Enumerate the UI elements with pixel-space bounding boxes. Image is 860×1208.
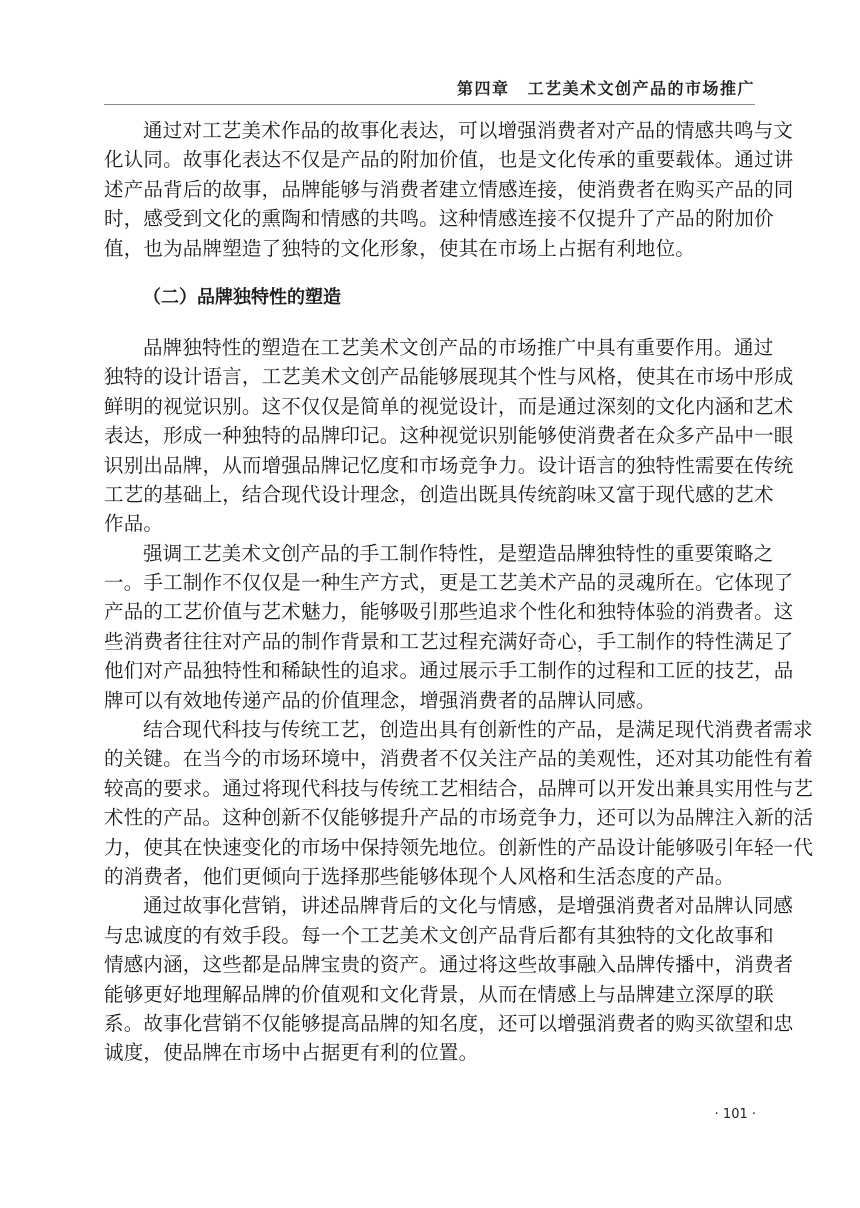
text-line: 与忠诚度的有效手段。每一个工艺美术文创产品背后都有其独特的文化故事和 bbox=[104, 921, 756, 950]
text-line: 表达，形成一种独特的品牌印记。这种视觉识别能够使消费者在众多产品中一眼 bbox=[104, 421, 756, 450]
text-line: 述产品背后的故事，品牌能够与消费者建立情感连接，使消费者在购买产品的同 bbox=[104, 175, 756, 204]
text-line: 时，感受到文化的熏陶和情感的共鸣。这种情感连接不仅提升了产品的附加价 bbox=[104, 204, 756, 233]
chapter-label: 第四章 bbox=[457, 79, 510, 98]
text-line: 诚度，使品牌在市场中占据更有利的位置。 bbox=[104, 1038, 756, 1067]
paragraph: 强调工艺美术文创产品的手工制作特性，是塑造品牌独特性的重要策略之 一。手工制作不… bbox=[104, 539, 756, 715]
chapter-title: 工艺美术文创产品的市场推广 bbox=[527, 79, 755, 98]
text-line: 通过故事化营销，讲述品牌背后的文化与情感，是增强消费者对品牌认同感 bbox=[104, 891, 756, 920]
text-line: 能够更好地理解品牌的价值观和文化背景，从而在情感上与品牌建立深厚的联 bbox=[104, 980, 756, 1009]
text-line: 力，使其在快速变化的市场中保持领先地位。创新性的产品设计能够吸引年轻一代 bbox=[104, 833, 756, 862]
paragraph: 通过对工艺美术作品的故事化表达，可以增强消费者对产品的情感共鸣与文 化认同。故事… bbox=[104, 116, 756, 263]
text-line: 较高的要求。通过将现代科技与传统工艺相结合，品牌可以开发出兼具实用性与艺 bbox=[104, 774, 756, 803]
text-line: 的消费者，他们更倾向于选择那些能够体现个人风格和生活态度的产品。 bbox=[104, 862, 756, 891]
text-line: 些消费者往往对产品的制作背景和工艺过程充满好奇心，手工制作的特性满足了 bbox=[104, 627, 756, 656]
paragraph: 通过故事化营销，讲述品牌背后的文化与情感，是增强消费者对品牌认同感 与忠诚度的有… bbox=[104, 891, 756, 1067]
text-line: 牌可以有效地传递产品的价值理念，增强消费者的品牌认同感。 bbox=[104, 686, 756, 715]
text-line: 结合现代科技与传统工艺，创造出具有创新性的产品，是满足现代消费者需求 bbox=[104, 715, 756, 744]
text-line: 系。故事化营销不仅能够提高品牌的知名度，还可以增强消费者的购买欲望和忠 bbox=[104, 1009, 756, 1038]
text-line: 作品。 bbox=[104, 509, 756, 538]
text-line: 值，也为品牌塑造了独特的文化形象，使其在市场上占据有利地位。 bbox=[104, 234, 756, 263]
text-line: 情感内涵，这些都是品牌宝贵的资产。通过将这些故事融入品牌传播中，消费者 bbox=[104, 950, 756, 979]
text-line: 鲜明的视觉识别。这不仅仅是简单的视觉设计，而是通过深刻的文化内涵和艺术 bbox=[104, 392, 756, 421]
text-line: 独特的设计语言，工艺美术文创产品能够展现其个性与风格，使其在市场中形成 bbox=[104, 362, 756, 391]
text-line: 化认同。故事化表达不仅是产品的附加价值，也是文化传承的重要载体。通过讲 bbox=[104, 145, 756, 174]
text-line: 品牌独特性的塑造在工艺美术文创产品的市场推广中具有重要作用。通过 bbox=[104, 333, 756, 362]
paragraph: 品牌独特性的塑造在工艺美术文创产品的市场推广中具有重要作用。通过 独特的设计语言… bbox=[104, 333, 756, 539]
text-line: 产品的工艺价值与艺术魅力，能够吸引那些追求个性化和独特体验的消费者。这 bbox=[104, 597, 756, 626]
book-page: 第四章工艺美术文创产品的市场推广 通过对工艺美术作品的故事化表达，可以增强消费者… bbox=[0, 0, 860, 1208]
text-line: 强调工艺美术文创产品的手工制作特性，是塑造品牌独特性的重要策略之 bbox=[104, 539, 756, 568]
page-number: · 101 · bbox=[690, 1107, 756, 1122]
running-head: 第四章工艺美术文创产品的市场推广 bbox=[104, 76, 755, 100]
text-line: 工艺的基础上，结合现代设计理念，创造出既具传统韵味又富于现代感的艺术 bbox=[104, 480, 756, 509]
text-line: 一。手工制作不仅仅是一种生产方式，更是工艺美术产品的灵魂所在。它体现了 bbox=[104, 568, 756, 597]
section-heading: （二）品牌独特性的塑造 bbox=[104, 283, 756, 313]
paragraph: 结合现代科技与传统工艺，创造出具有创新性的产品，是满足现代消费者需求 的关键。在… bbox=[104, 715, 756, 891]
text-line: 术性的产品。这种创新不仅能够提升产品的市场竞争力，还可以为品牌注入新的活 bbox=[104, 803, 756, 832]
text-line: 识别出品牌，从而增强品牌记忆度和市场竞争力。设计语言的独特性需要在传统 bbox=[104, 451, 756, 480]
header-rule-divider bbox=[104, 104, 755, 105]
text-line: 他们对产品独特性和稀缺性的追求。通过展示手工制作的过程和工匠的技艺，品 bbox=[104, 656, 756, 685]
text-line: 的关键。在当今的市场环境中，消费者不仅关注产品的美观性，还对其功能性有着 bbox=[104, 744, 756, 773]
text-line: 通过对工艺美术作品的故事化表达，可以增强消费者对产品的情感共鸣与文 bbox=[104, 116, 756, 145]
page-body: 通过对工艺美术作品的故事化表达，可以增强消费者对产品的情感共鸣与文 化认同。故事… bbox=[104, 116, 756, 1068]
